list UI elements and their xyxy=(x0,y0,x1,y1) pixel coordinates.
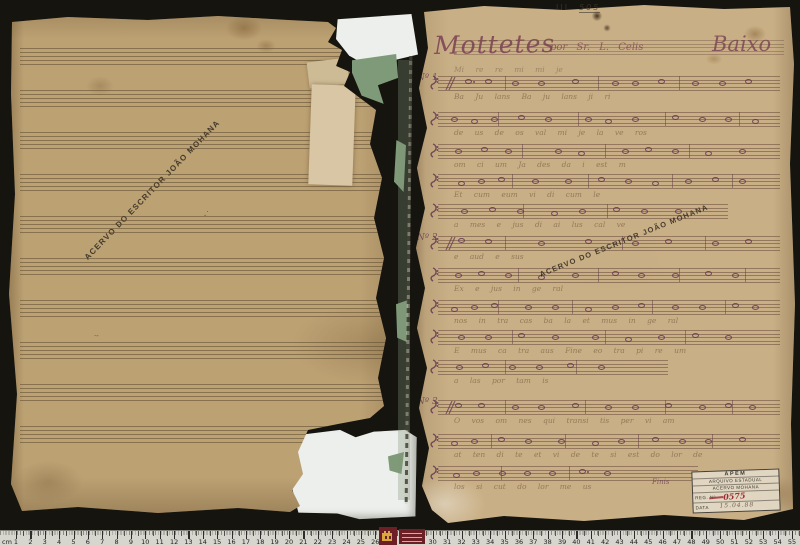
ruler-number: 53 xyxy=(759,538,767,546)
whole-note xyxy=(524,471,531,476)
ruler-number: 2 xyxy=(28,538,32,546)
ruler-half-tick xyxy=(670,531,671,536)
lyric-line: Ba Ju lans Ba ju lans ji ri xyxy=(454,92,778,101)
ruler-number: 38 xyxy=(544,538,552,546)
ruler-half-tick xyxy=(713,531,714,536)
staff-line xyxy=(438,178,780,179)
whole-note xyxy=(455,273,462,278)
ruler-half-tick xyxy=(627,531,628,536)
whole-note xyxy=(598,365,605,370)
bar-line xyxy=(598,268,599,282)
whole-note xyxy=(705,151,712,156)
bar-line xyxy=(732,174,733,188)
castle-icon xyxy=(381,529,395,543)
ruler-half-tick xyxy=(52,531,53,536)
ruler-number: 10 xyxy=(141,538,149,546)
whole-note xyxy=(592,335,599,340)
bar-line xyxy=(745,268,746,282)
staff-line xyxy=(20,388,388,389)
ruler-half-tick xyxy=(541,531,542,536)
staff-line xyxy=(20,346,388,347)
staff-line xyxy=(20,186,388,187)
staff-line xyxy=(438,304,780,305)
staff-line xyxy=(20,384,388,385)
staff-line xyxy=(20,258,388,259)
staff-line xyxy=(438,341,780,342)
whole-note xyxy=(525,305,532,310)
staff-line xyxy=(20,224,388,225)
ruler-half-tick xyxy=(569,531,570,536)
ruler-half-tick xyxy=(325,531,326,536)
ruler-half-tick xyxy=(95,531,96,536)
whole-note xyxy=(545,117,552,122)
staff-line xyxy=(438,314,780,315)
staff-line xyxy=(20,400,388,401)
bar-line xyxy=(512,330,513,344)
ruler-half-tick xyxy=(296,531,297,536)
staff-line xyxy=(438,272,780,273)
ruler-number: 51 xyxy=(730,538,738,546)
staff-line xyxy=(20,300,388,301)
ruler-number: 55 xyxy=(788,538,796,546)
ruler-half-tick xyxy=(66,531,67,536)
staff-line xyxy=(20,316,388,317)
whole-note xyxy=(552,305,559,310)
whole-note xyxy=(458,238,465,243)
whole-note xyxy=(509,365,516,370)
apem-label-box: APEM ARQUIVO ESTADUAL ACERVO MOHANA REG.… xyxy=(691,468,780,513)
whole-note xyxy=(641,209,648,214)
ruler-half-tick xyxy=(727,531,728,536)
ruler-number: 21 xyxy=(299,538,307,546)
ruler-number: 14 xyxy=(199,538,207,546)
bar-line xyxy=(491,434,492,448)
whole-note xyxy=(618,439,625,444)
bar-line xyxy=(565,434,566,448)
ruler-number: 25 xyxy=(357,538,365,546)
ruler-half-tick xyxy=(497,531,498,536)
staff-line xyxy=(20,220,388,221)
ruler-number: 19 xyxy=(271,538,279,546)
staff-line xyxy=(438,466,698,467)
ruler-number: 18 xyxy=(256,538,264,546)
ruler-half-tick xyxy=(311,531,312,536)
ruler-half-tick xyxy=(512,531,513,536)
whole-note xyxy=(538,405,545,410)
ruler-half-tick xyxy=(454,531,455,536)
ruler-half-tick xyxy=(483,531,484,536)
ruler-number: 13 xyxy=(184,538,192,546)
ruler-half-tick xyxy=(253,531,254,536)
whole-note xyxy=(652,181,659,186)
ruler-number: 49 xyxy=(702,538,710,546)
ruler-number: 34 xyxy=(486,538,494,546)
staff-line xyxy=(438,282,780,283)
staff-line xyxy=(20,48,388,49)
staff-line xyxy=(438,360,668,361)
ruler-half-tick xyxy=(181,531,182,536)
music-systems: Nº 1 Mi re re mi mi jeBa Ju lans Ba ju l… xyxy=(414,4,796,528)
ruler-number: 48 xyxy=(687,538,695,546)
bar-line xyxy=(585,400,586,414)
whole-note xyxy=(525,439,532,444)
bar-line xyxy=(712,434,713,448)
ruler-half-tick xyxy=(555,531,556,536)
whole-note xyxy=(461,209,468,214)
whole-note xyxy=(555,149,562,154)
bar-line xyxy=(572,300,573,314)
staff-line xyxy=(20,274,388,275)
whole-note xyxy=(592,441,599,446)
staff-line xyxy=(438,330,780,331)
date-label: DATA xyxy=(695,505,709,510)
ruler-number: 35 xyxy=(500,538,508,546)
ruler-half-tick xyxy=(81,531,82,536)
bar-line xyxy=(498,112,499,126)
staff-line xyxy=(438,151,780,152)
bar-line xyxy=(518,268,519,282)
whole-note xyxy=(632,81,639,86)
staff-line xyxy=(438,236,780,237)
whole-note xyxy=(672,273,679,278)
bar-line xyxy=(685,330,686,344)
bar-line xyxy=(739,112,740,126)
ruler-number: 52 xyxy=(745,538,753,546)
lyric-line: e aud e sus xyxy=(454,252,778,261)
whole-note xyxy=(699,305,706,310)
bar-line xyxy=(652,300,653,314)
whole-note xyxy=(538,81,545,86)
whole-note xyxy=(517,209,524,214)
ruler-half-tick xyxy=(210,531,211,536)
lyric-line: Mi re re mi mi je xyxy=(454,65,778,74)
ruler-number: 12 xyxy=(170,538,178,546)
bar-line xyxy=(607,204,608,218)
whole-note xyxy=(565,179,572,184)
ruler-number: 32 xyxy=(457,538,465,546)
label-date-row: DATA 15.04.88 xyxy=(693,500,779,512)
whole-note xyxy=(605,119,612,124)
staff-line xyxy=(438,76,780,77)
music-system: nos in tra cas ba la et mus in ge ral xyxy=(430,300,782,334)
whole-note xyxy=(604,471,611,476)
staff-line xyxy=(438,438,780,439)
whole-note xyxy=(739,149,746,154)
staff-line xyxy=(20,354,388,355)
ruler-number: 36 xyxy=(515,538,523,546)
ruler-number: 47 xyxy=(673,538,681,546)
ruler-half-tick xyxy=(153,531,154,536)
whole-note xyxy=(549,471,556,476)
whole-note xyxy=(505,273,512,278)
ruler-half-tick xyxy=(124,531,125,536)
ruler-number: 17 xyxy=(242,538,250,546)
whole-note xyxy=(605,405,612,410)
lyric-line: at ten di te et vi de te si est do lor d… xyxy=(454,450,778,459)
staff-line xyxy=(438,367,668,368)
ruler-number: 54 xyxy=(773,538,781,546)
bar-line xyxy=(569,466,570,480)
music-system: a las por tam is xyxy=(430,360,670,394)
whole-note xyxy=(471,439,478,444)
ruler-number: 4 xyxy=(57,538,61,546)
pencil-number: 505 xyxy=(579,3,600,13)
ruler-number: 37 xyxy=(529,538,537,546)
whole-note xyxy=(456,365,463,370)
bar-line xyxy=(498,300,499,314)
bar-line xyxy=(588,174,589,188)
ruler-half-tick xyxy=(109,531,110,536)
whole-note xyxy=(455,149,462,154)
whole-note xyxy=(512,405,519,410)
staff-line xyxy=(438,148,780,149)
repair-patch xyxy=(308,84,355,185)
whole-note xyxy=(578,151,585,156)
staff-line xyxy=(438,181,780,182)
whole-note xyxy=(585,307,592,312)
bar-line xyxy=(598,76,599,90)
ruler-number: 39 xyxy=(558,538,566,546)
bar-line xyxy=(505,76,506,90)
pencil-annotation: III505 xyxy=(556,3,600,12)
music-system: de us de os val mi je la ve ros xyxy=(430,112,782,146)
bar-line xyxy=(505,236,506,250)
ruler-number: 24 xyxy=(342,538,350,546)
ruler-number: 33 xyxy=(472,538,480,546)
lyric-line: Ex e jus in ge ral xyxy=(454,284,778,293)
ink-mark: ‸· xyxy=(204,208,209,216)
ruler-half-tick xyxy=(469,531,470,536)
pencil-mark: III xyxy=(556,3,569,12)
whole-note xyxy=(725,117,732,122)
ruler-number: 22 xyxy=(314,538,322,546)
staff-line xyxy=(438,374,668,375)
ruler-number: 50 xyxy=(716,538,724,546)
ruler-half-tick xyxy=(699,531,700,536)
whole-note xyxy=(458,181,465,186)
staff-line xyxy=(438,448,780,449)
whole-note xyxy=(699,117,706,122)
whole-note xyxy=(512,81,519,86)
music-system: Et cum eum vi di cum le xyxy=(430,174,782,208)
staff-line xyxy=(438,307,780,308)
whole-note xyxy=(612,81,619,86)
staff-line xyxy=(454,44,784,45)
staff-line xyxy=(20,304,388,305)
ink-mark: ·‐ xyxy=(94,332,99,340)
whole-note xyxy=(478,179,485,184)
staff-line xyxy=(438,364,668,365)
staff-line xyxy=(438,400,780,401)
ruler-number: 11 xyxy=(156,538,164,546)
music-system: Nº 2 e aud e sus xyxy=(430,236,782,270)
staff-line xyxy=(438,445,780,446)
archive-mini-label xyxy=(399,529,425,544)
ruler-number: 41 xyxy=(587,538,595,546)
bar-line xyxy=(689,144,690,158)
ruler-half-tick xyxy=(426,531,427,536)
whole-note xyxy=(632,405,639,410)
staff-line xyxy=(438,279,780,280)
ruler-number: 7 xyxy=(100,538,104,546)
bar-line xyxy=(505,360,506,374)
whole-note xyxy=(485,335,492,340)
lyric-line: a las por tam is xyxy=(454,376,666,385)
bar-line xyxy=(605,330,606,344)
music-system: om ci um Ja des da i est m xyxy=(430,144,782,178)
staff-line xyxy=(20,190,388,191)
whole-note xyxy=(749,405,756,410)
whole-note xyxy=(699,405,706,410)
lyric-line: Et cum eum vi di cum le xyxy=(454,190,778,199)
whole-note xyxy=(739,179,746,184)
ruler-number: 42 xyxy=(601,538,609,546)
bar-line xyxy=(679,76,680,90)
staff-line xyxy=(20,392,388,393)
whole-note xyxy=(672,149,679,154)
staff-line xyxy=(438,414,780,415)
end-mark: Finis xyxy=(652,478,669,486)
staff-line xyxy=(438,275,780,276)
staff-line xyxy=(20,350,388,351)
staff-line xyxy=(20,396,388,397)
music-system: at ten di te et vi de te si est do lor d… xyxy=(430,434,782,468)
staff-line xyxy=(438,87,780,88)
ruler-number: 1 xyxy=(14,538,18,546)
whole-note xyxy=(752,119,759,124)
whole-note xyxy=(572,273,579,278)
staff-line xyxy=(438,155,780,156)
staff-line xyxy=(438,311,780,312)
staff-line xyxy=(20,232,388,233)
date-value: 15.04.88 xyxy=(719,501,754,509)
whole-note xyxy=(505,149,512,154)
ruler-half-tick xyxy=(526,531,527,536)
whole-note xyxy=(473,471,480,476)
staff-line xyxy=(20,262,388,263)
whole-note xyxy=(752,305,759,310)
bar-line xyxy=(512,174,513,188)
ruler-number: 5 xyxy=(71,538,75,546)
whole-note xyxy=(551,211,558,216)
whole-note xyxy=(679,439,686,444)
ruler-half-tick xyxy=(138,531,139,536)
whole-note xyxy=(451,117,458,122)
music-system: E mus ca tra aus Fine eo tra pi re um xyxy=(430,330,782,364)
bar-line xyxy=(638,434,639,448)
whole-note xyxy=(732,273,739,278)
bar-line xyxy=(505,400,506,414)
ruler-half-tick xyxy=(756,531,757,536)
ruler-number: 20 xyxy=(285,538,293,546)
staff-line xyxy=(438,158,780,159)
ruler-number: 15 xyxy=(213,538,221,546)
ruler-number: 16 xyxy=(227,538,235,546)
staff-line xyxy=(20,56,388,57)
ruler-half-tick xyxy=(598,531,599,536)
ruler-half-tick xyxy=(339,531,340,536)
whole-note xyxy=(538,241,545,246)
whole-note xyxy=(585,117,592,122)
staff-line xyxy=(20,228,388,229)
reg-scratch xyxy=(709,496,723,499)
bar-line xyxy=(725,300,726,314)
whole-note xyxy=(625,179,632,184)
music-system: Ex e jus in ge ral xyxy=(430,268,782,302)
bar-line xyxy=(522,144,523,158)
bar-line xyxy=(705,236,706,250)
staff-line xyxy=(20,312,388,313)
ruler-number: 23 xyxy=(328,538,336,546)
whole-note xyxy=(458,335,465,340)
lyric-line: a mes e jus di ai lus cal ve xyxy=(454,220,726,229)
ruler-half-tick xyxy=(239,531,240,536)
ruler-half-tick xyxy=(224,531,225,536)
ruler-half-tick xyxy=(584,531,585,536)
ruler-number: 9 xyxy=(129,538,133,546)
staff-line xyxy=(438,371,668,372)
staff-line xyxy=(438,90,780,91)
bar-line xyxy=(665,112,666,126)
staff-line xyxy=(438,144,780,145)
whole-note xyxy=(552,335,559,340)
ruler-half-tick xyxy=(612,531,613,536)
staff-line xyxy=(20,308,388,309)
staff-line xyxy=(438,126,780,127)
staff-line xyxy=(20,426,388,427)
whole-note xyxy=(685,179,692,184)
ruler-half-tick xyxy=(785,531,786,536)
ruler-number: 45 xyxy=(644,538,652,546)
ruler-unit: cm xyxy=(2,538,12,546)
staff-line xyxy=(454,47,784,48)
whole-note xyxy=(658,335,665,340)
ruler-half-tick xyxy=(196,531,197,536)
ruler-half-tick xyxy=(38,531,39,536)
whole-note xyxy=(719,81,726,86)
ruler-number: 40 xyxy=(572,538,580,546)
staff-line xyxy=(438,174,780,175)
ruler-number: 30 xyxy=(429,538,437,546)
staff-line xyxy=(20,266,388,267)
lyric-line: om ci um Ja des da i est m xyxy=(454,160,778,169)
whole-note xyxy=(536,365,543,370)
staff-line xyxy=(438,300,780,301)
lyric-line: O vos om nes qui transi tis per vi am xyxy=(454,416,778,425)
staff-line xyxy=(20,52,388,53)
staff-line xyxy=(438,188,780,189)
ruler-number: 6 xyxy=(86,538,90,546)
staff-line xyxy=(438,112,780,113)
staff-line xyxy=(20,216,388,217)
lyric-line: E mus ca tra aus Fine eo tra pi re um xyxy=(454,346,778,355)
whole-note xyxy=(672,305,679,310)
whole-note xyxy=(632,117,639,122)
staff-line xyxy=(438,344,780,345)
ruler-half-tick xyxy=(684,531,685,536)
lyric-line: de us de os val mi je la ve ros xyxy=(454,128,778,137)
ruler-number: 3 xyxy=(43,538,47,546)
whole-note xyxy=(692,81,699,86)
ruler-half-tick xyxy=(440,531,441,536)
bar-line xyxy=(605,144,606,158)
staff-line xyxy=(438,411,780,412)
bar-line xyxy=(672,174,673,188)
staff-line xyxy=(20,342,388,343)
archive-crest-icon xyxy=(379,527,397,545)
ruler-half-tick xyxy=(23,531,24,536)
music-system: Nº 1 Mi re re mi mi jeBa Ju lans Ba ju l… xyxy=(430,76,782,110)
